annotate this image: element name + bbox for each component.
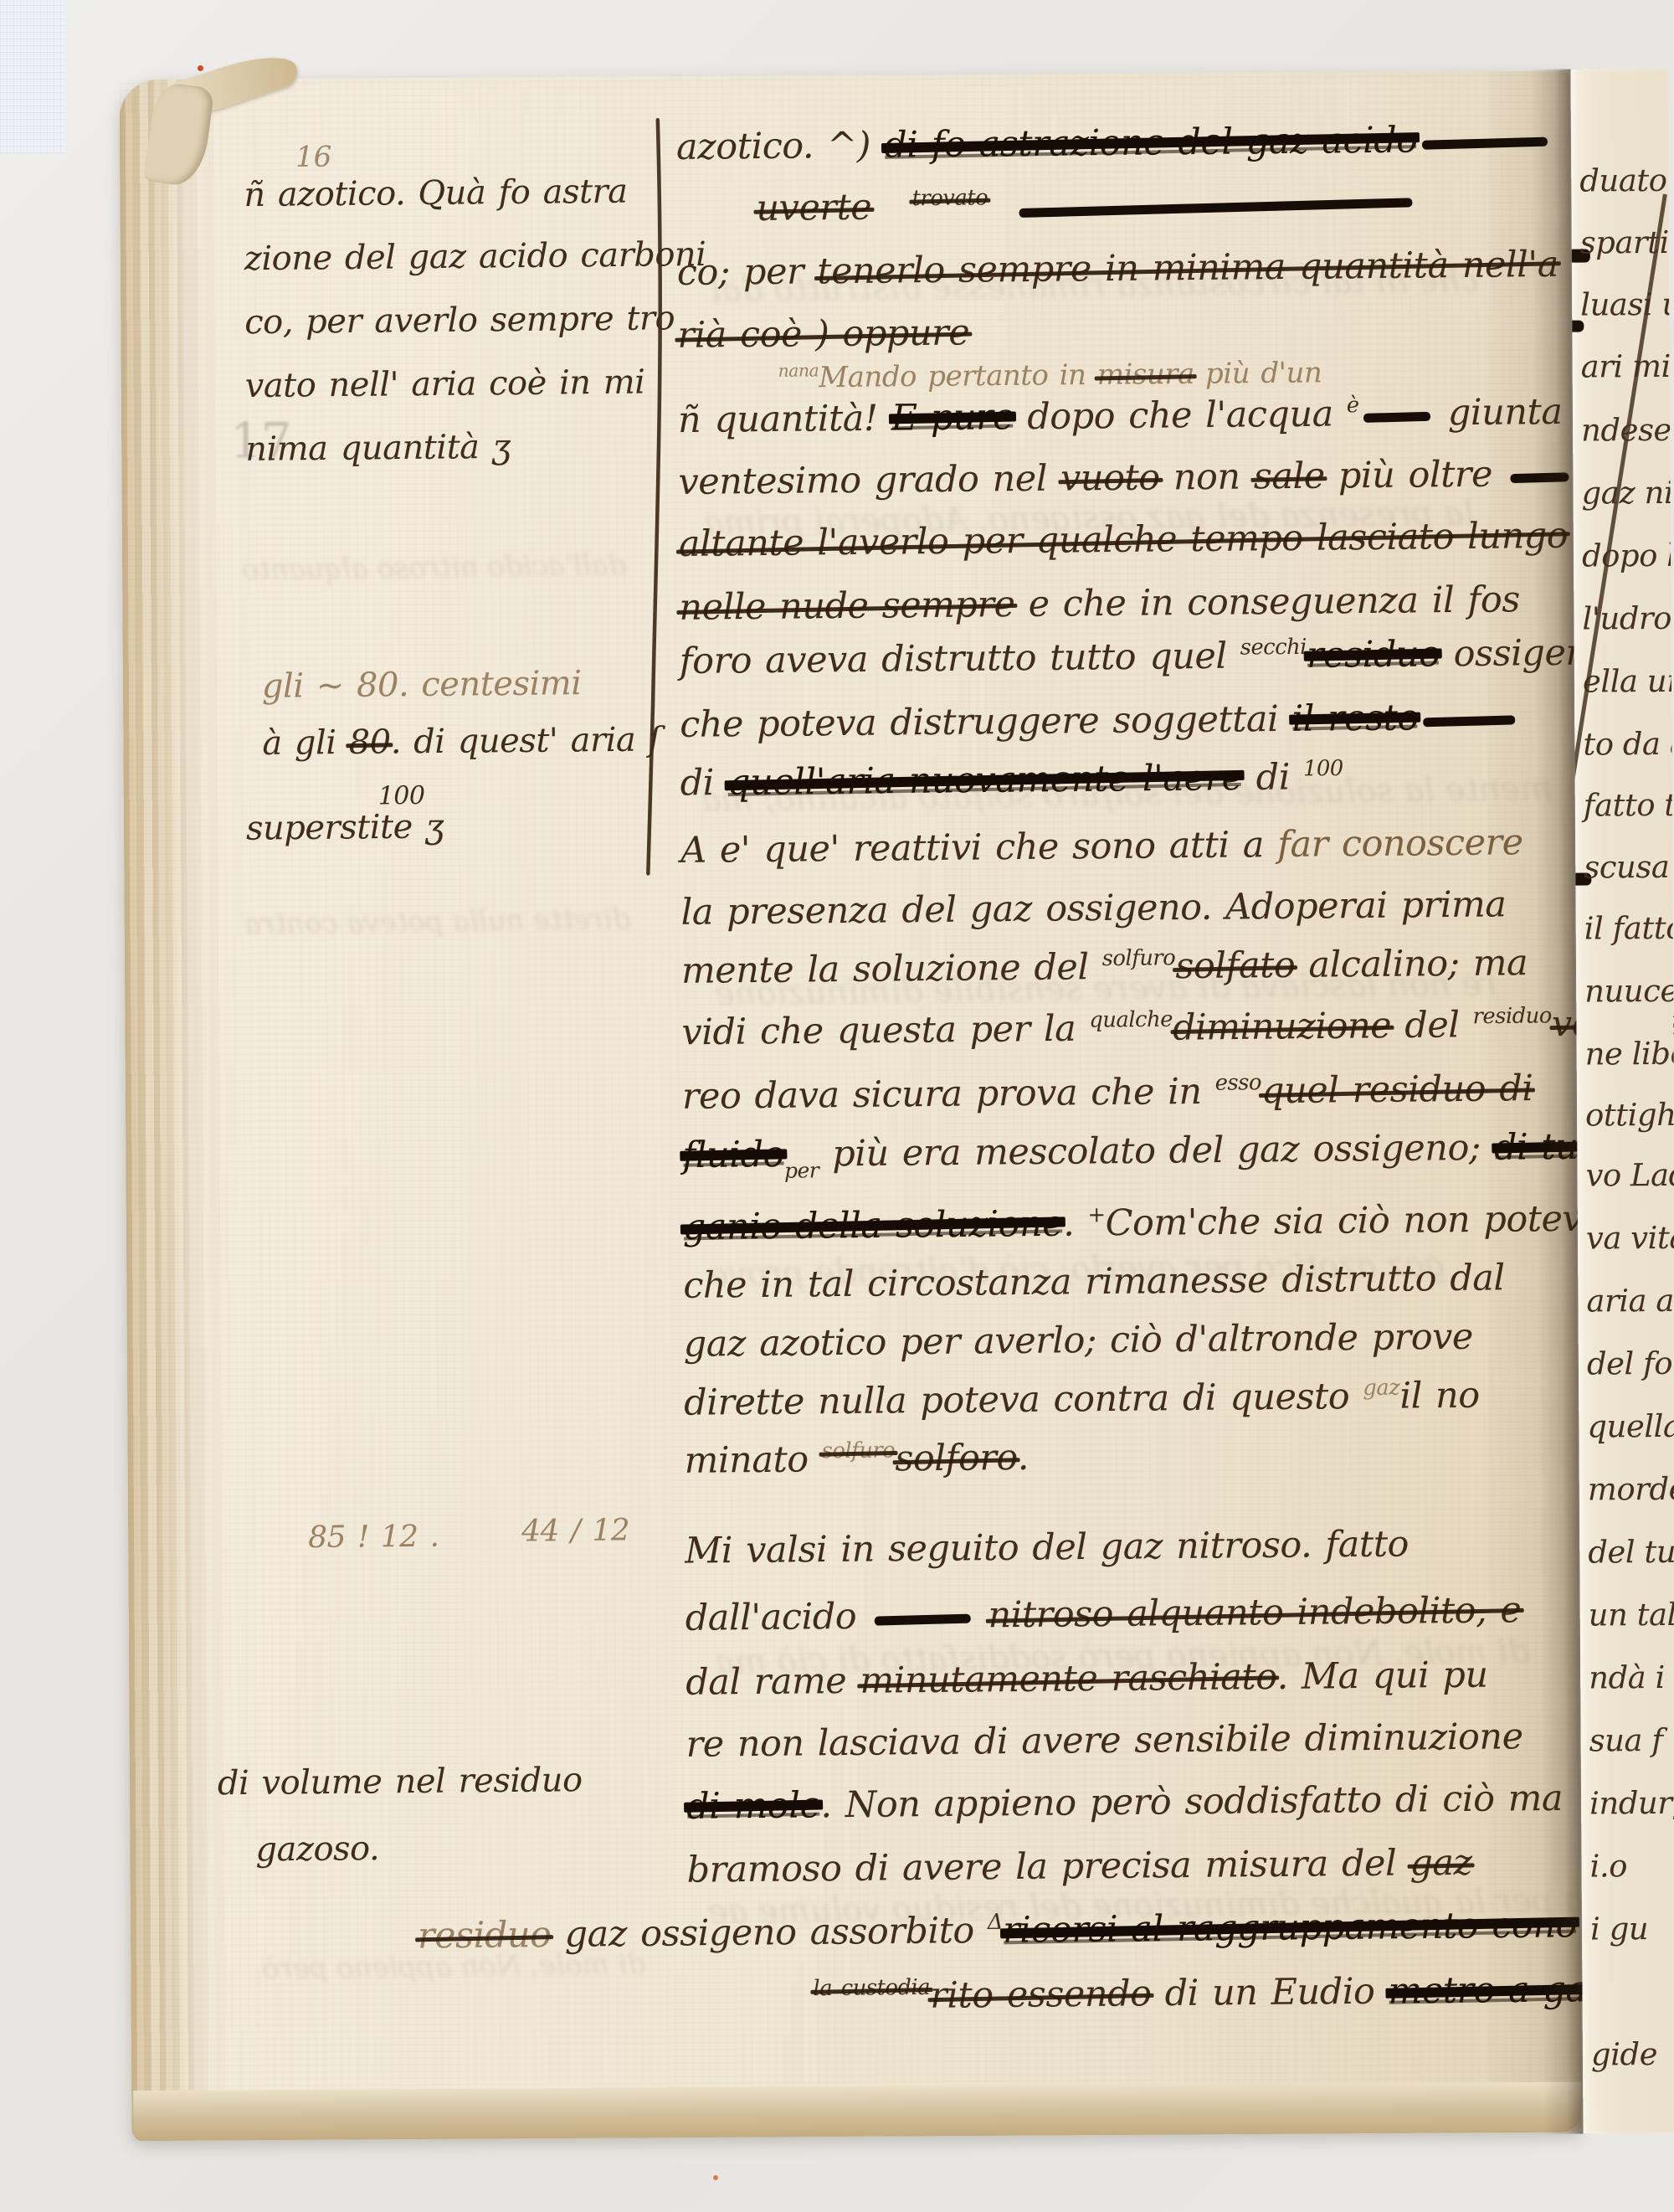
ink-blob <box>1570 249 1589 262</box>
ink-blob <box>1570 321 1584 332</box>
photograph-scene: che in tal circostanza rimanesse distrut… <box>0 0 1674 2212</box>
page-number: 16 <box>295 141 332 174</box>
manuscript-left-page <box>119 71 1581 2142</box>
diagonal-pen-stroke <box>1570 69 1674 2134</box>
page-bottom-edge <box>133 2082 1581 2142</box>
facing-page-sliver: duato inspartigluasi ugari misndesegaz n… <box>1570 69 1674 2134</box>
page-block-edge <box>119 80 225 2142</box>
faint-stamp: 17 <box>230 412 292 469</box>
open-book: che in tal circostanza rimanesse distrut… <box>0 0 1674 2212</box>
